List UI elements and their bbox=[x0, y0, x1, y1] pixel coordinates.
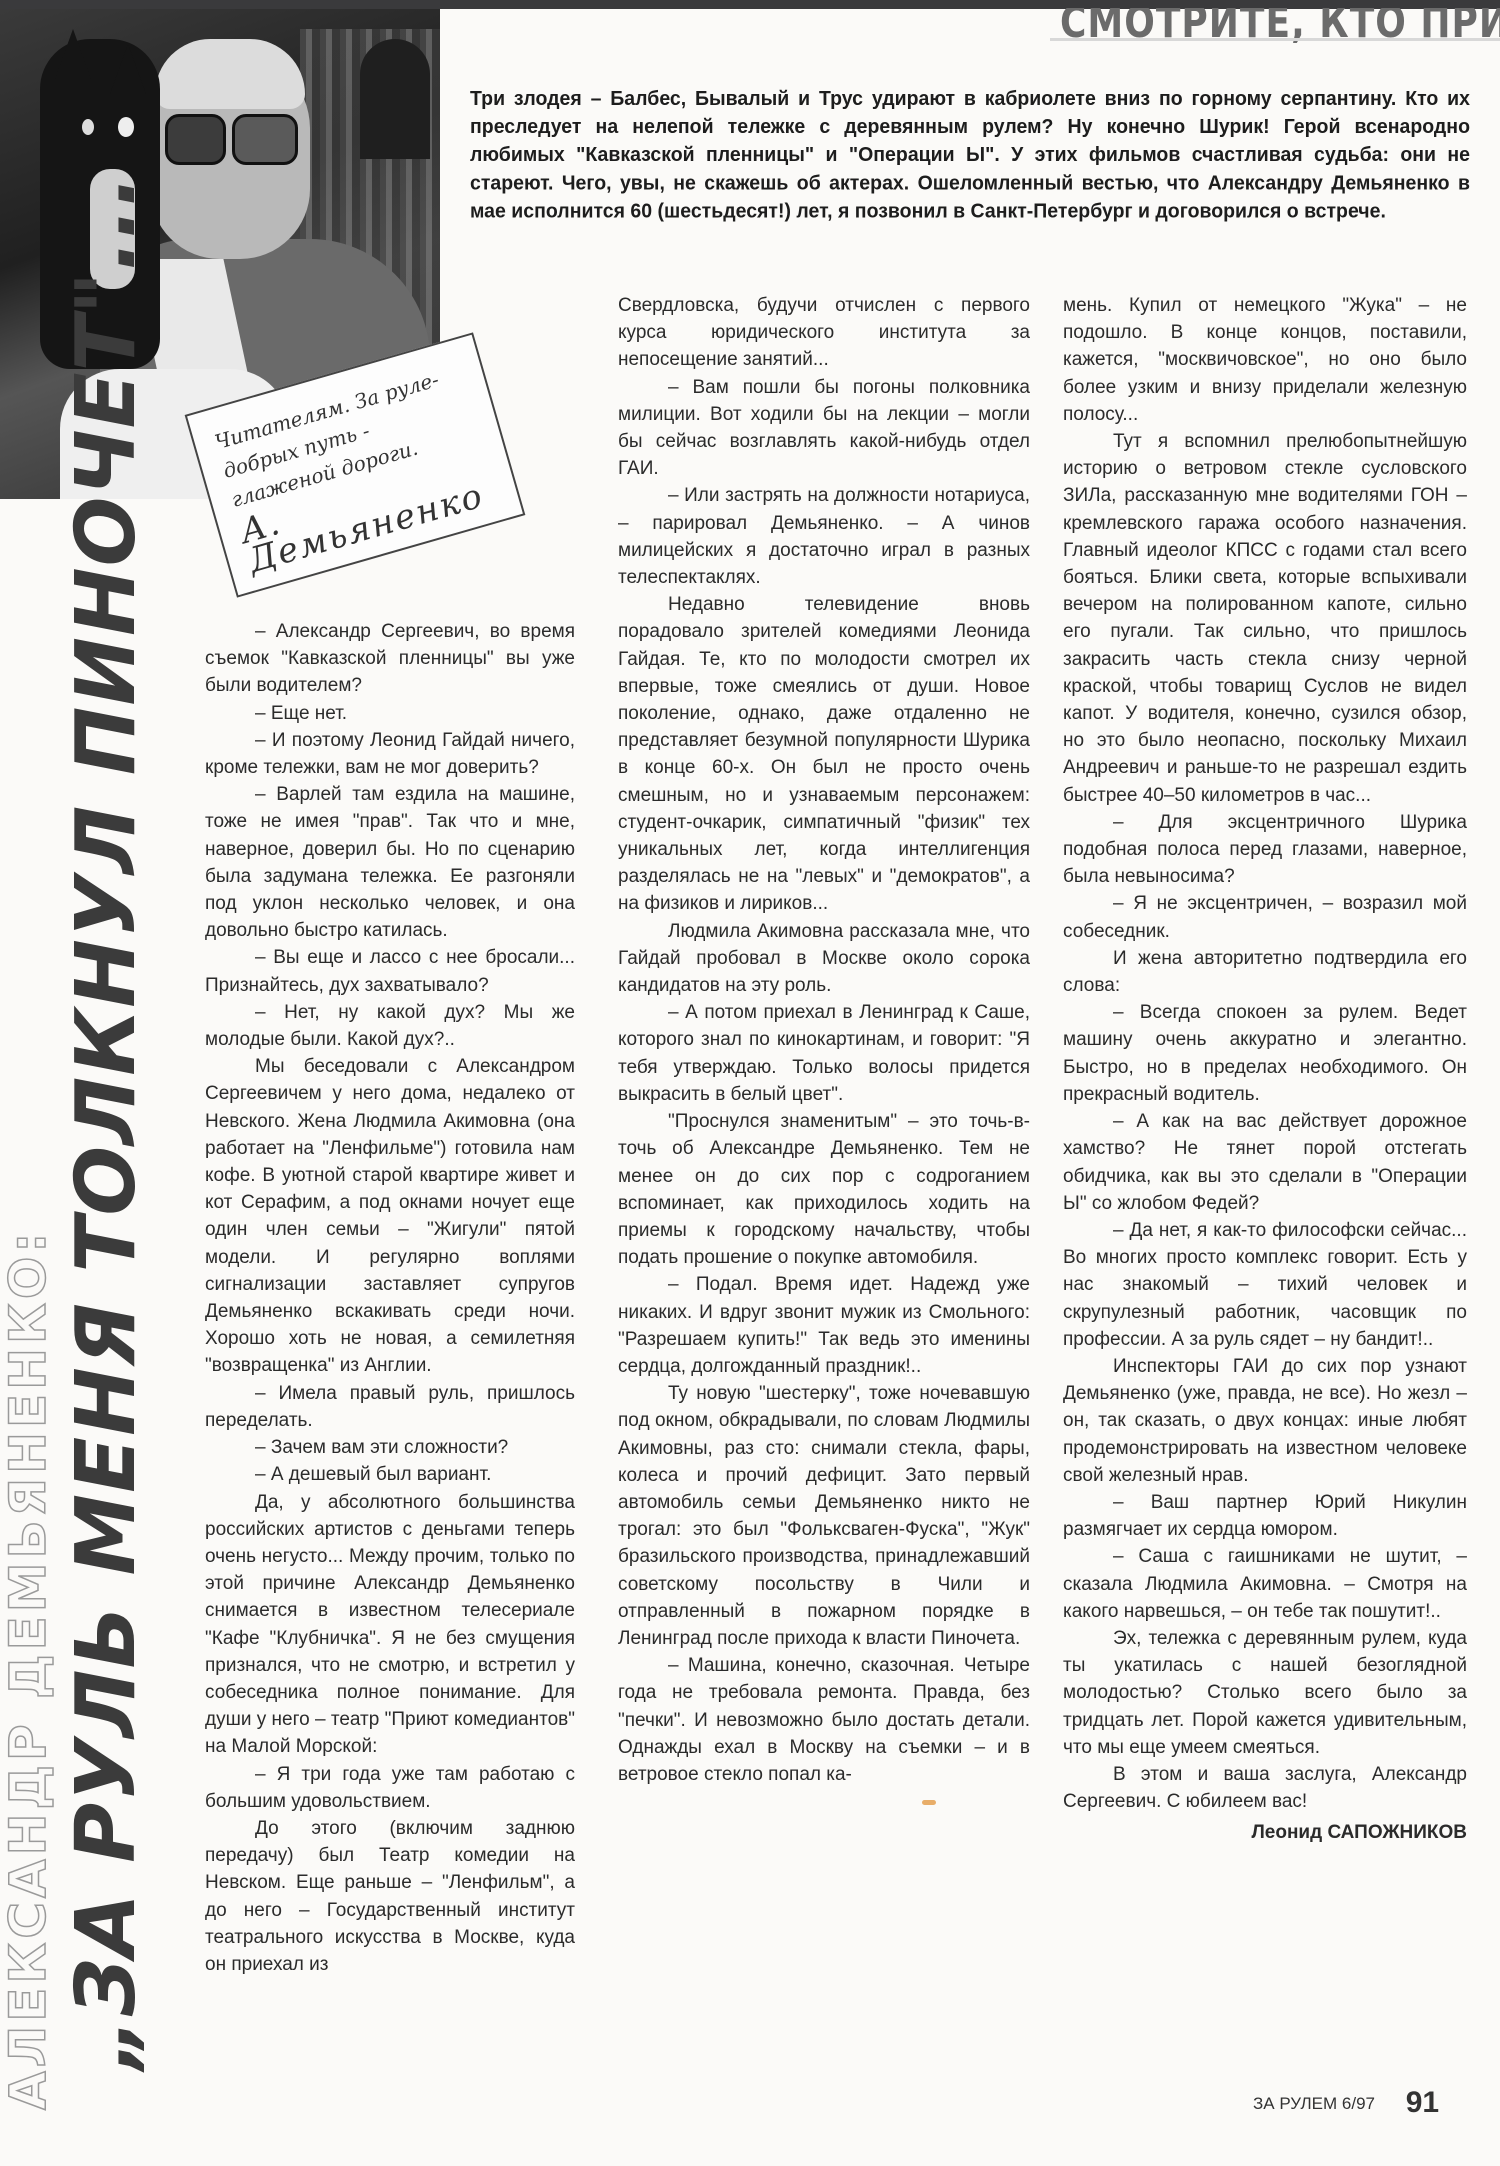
paragraph: Ту новую "шестерку", тоже ночевавшую под… bbox=[618, 1380, 1030, 1652]
paragraph: Эх, тележка с деревянным рулем, куда ты … bbox=[1063, 1625, 1467, 1761]
glasses-icon bbox=[165, 114, 226, 165]
text-column-2: Свердловска, будучи отчислен с первого к… bbox=[618, 292, 1030, 1788]
glasses-icon bbox=[232, 114, 298, 165]
lead-paragraph: Три злодея – Балбес, Бывалый и Трус удир… bbox=[470, 85, 1470, 225]
paragraph: Инспекторы ГАИ до сих пор узнают Демьяне… bbox=[1063, 1353, 1467, 1489]
paragraph: – И поэтому Леонид Гайдай ничего, кроме … bbox=[205, 727, 575, 781]
paragraph: – Я не эксцентричен, – возразил мой собе… bbox=[1063, 890, 1467, 944]
paragraph: – Варлей там ездила на машине, тоже не и… bbox=[205, 781, 575, 944]
paragraph: – Или застрять на должности нотариуса, –… bbox=[618, 482, 1030, 591]
paragraph: – Саша с гаишниками не шутит, – сказала … bbox=[1063, 1543, 1467, 1625]
paragraph: – Александр Сергеевич, во время съемок "… bbox=[205, 618, 575, 700]
paragraph: – Нет, ну какой дух? Мы же молодые были.… bbox=[205, 999, 575, 1053]
paragraph: Свердловска, будучи отчислен с первого к… bbox=[618, 292, 1030, 374]
paragraph: – Имела правый руль, пришлось переделать… bbox=[205, 1380, 575, 1434]
paragraph: – Ваш партнер Юрий Никулин размягчает их… bbox=[1063, 1489, 1467, 1543]
article-headline-vertical: „ЗА РУЛЬ МЕНЯ ТОЛКНУЛ ПИНОЧЕТ"... bbox=[62, 570, 162, 2070]
magazine-name: ЗА РУЛЕМ bbox=[1253, 2094, 1337, 2113]
paragraph: И жена авторитетно подтвердила его слова… bbox=[1063, 945, 1467, 999]
paragraph: Людмила Акимовна рассказала мне, что Гай… bbox=[618, 918, 1030, 1000]
page-footer: ЗА РУЛЕМ 6/97 91 bbox=[1253, 2086, 1439, 2120]
photo-hair bbox=[155, 39, 305, 109]
text-column-1: – Александр Сергеевич, во время съемок "… bbox=[205, 618, 575, 1978]
paragraph: Тут я вспомнил прелюбопытнейшую историю … bbox=[1063, 428, 1467, 809]
paragraph: – Всегда спокоен за рулем. Ведет машину … bbox=[1063, 999, 1467, 1108]
paragraph: – А потом приехал в Ленинград к Саше, ко… bbox=[618, 999, 1030, 1108]
paragraph: Да, у абсолютного большинства российских… bbox=[205, 1489, 575, 1761]
issue-number: 6/97 bbox=[1342, 2094, 1375, 2113]
author-byline: Леонид САПОЖНИКОВ bbox=[1063, 1819, 1467, 1846]
paragraph: – А дешевый был вариант. bbox=[205, 1461, 575, 1488]
cat-eye bbox=[118, 117, 134, 137]
paragraph: – Машина, конечно, сказочная. Четыре год… bbox=[618, 1652, 1030, 1788]
paragraph: – Вы еще и лассо с нее бросали... Призна… bbox=[205, 944, 575, 998]
paragraph: – Подал. Время идет. Надежд уже никаких.… bbox=[618, 1271, 1030, 1380]
paragraph: – Я три года уже там работаю с большим у… bbox=[205, 1761, 575, 1815]
paragraph: "Проснулся знаменитым" – это точь-в-точь… bbox=[618, 1108, 1030, 1271]
rubric-underline bbox=[1050, 38, 1500, 41]
paragraph: – Зачем вам эти сложности? bbox=[205, 1434, 575, 1461]
cat-eye bbox=[82, 119, 94, 135]
page-number: 91 bbox=[1406, 2086, 1439, 2119]
paragraph: – Еще нет. bbox=[205, 700, 575, 727]
section-rubric: СМОТРИТЕ, КТО ПРИЕХАЛ bbox=[1060, 8, 1500, 49]
paragraph: – А как на вас действует дорожное хамств… bbox=[1063, 1108, 1467, 1217]
paragraph: До этого (включим заднюю передачу) был Т… bbox=[205, 1815, 575, 1978]
paragraph: – Да нет, я как-то философски сейчас... … bbox=[1063, 1217, 1467, 1353]
text-column-3: мень. Купил от немецкого "Жука" – не под… bbox=[1063, 292, 1467, 1847]
paragraph: Мы беседовали с Александром Сергеевичем … bbox=[205, 1053, 575, 1379]
paragraph: – Вам пошли бы погоны полковника милиции… bbox=[618, 374, 1030, 483]
print-stain bbox=[922, 1800, 936, 1805]
paragraph: – Для эксцентричного Шурика подобная пол… bbox=[1063, 809, 1467, 891]
cat-ear bbox=[55, 29, 91, 79]
cat-ear bbox=[110, 44, 146, 94]
article-subject-vertical: АЛЕКСАНДР ДЕМЬЯНЕНКО: bbox=[4, 510, 52, 2110]
paragraph: В этом и ваша заслуга, Александр Сергеев… bbox=[1063, 1761, 1467, 1815]
paragraph: мень. Купил от немецкого "Жука" – не под… bbox=[1063, 292, 1467, 428]
paragraph: Недавно телевидение вновь порадовало зри… bbox=[618, 591, 1030, 917]
photo-chair bbox=[360, 39, 430, 159]
